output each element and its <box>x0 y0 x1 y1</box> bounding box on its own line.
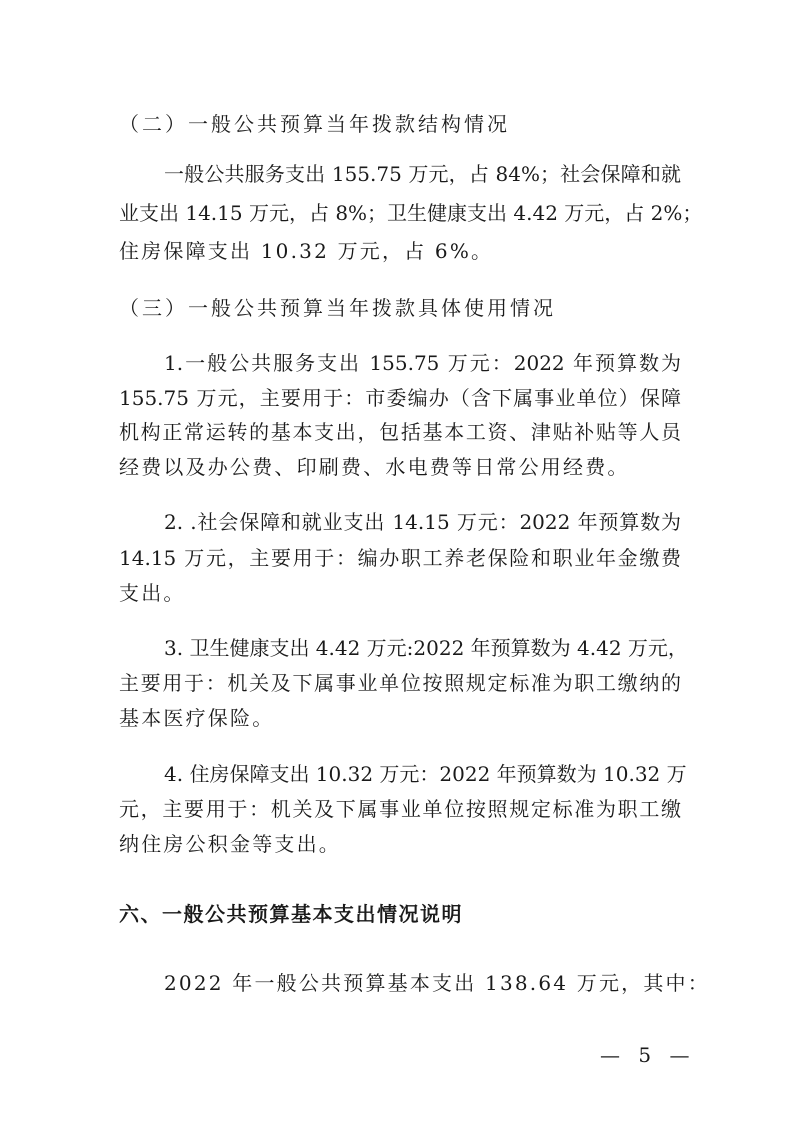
section-2-line-2: 业支出 14.15 万元，占 8%；卫生健康支出 4.42 万元，占 2%； <box>119 201 681 225</box>
item-2-line-1: 2. .社会保障和就业支出 14.15 万元：2022 年预算数为 <box>164 510 681 534</box>
section-2-line-3: 住房保障支出 10.32 万元，占 6%。 <box>119 239 493 263</box>
item-3-line-3: 基本医疗保险。 <box>119 706 274 730</box>
item-1-line-1: 1.一般公共服务支出 155.75 万元：2022 年预算数为 <box>164 351 681 375</box>
item-2-line-3: 支出。 <box>119 581 186 605</box>
item-3-line-1: 3. 卫生健康支出 4.42 万元:2022 年预算数为 4.42 万元， <box>164 636 681 660</box>
section-6-line-1: 2022 年一般公共预算基本支出 138.64 万元，其中： <box>164 971 710 995</box>
section-3-heading: （三）一般公共预算当年拨款具体使用情况 <box>119 296 556 320</box>
section-2-line-1: 一般公共服务支出 155.75 万元，占 84%；社会保障和就 <box>164 162 681 186</box>
item-1-line-3: 机构正常运转的基本支出，包括基本工资、津贴补贴等人员 <box>119 420 681 444</box>
item-4-line-3: 纳住房公积金等支出。 <box>119 832 341 856</box>
item-4-line-2: 元，主要用于：机关及下属事业单位按照规定标准为职工缴 <box>119 797 681 821</box>
item-1-line-2: 155.75 万元，主要用于：市委编办（含下属事业单位）保障 <box>119 386 681 410</box>
item-3-line-2: 主要用于：机关及下属事业单位按照规定标准为职工缴纳的 <box>119 671 681 695</box>
item-4-line-1: 4. 住房保障支出 10.32 万元：2022 年预算数为 10.32 万 <box>164 762 681 786</box>
item-1-line-4: 经费以及办公费、印刷费、水电费等日常公用经费。 <box>119 455 630 479</box>
section-6-heading: 六、一般公共预算基本支出情况说明 <box>119 902 463 926</box>
item-2-line-2: 14.15 万元，主要用于：编办职工养老保险和职业年金缴费 <box>119 546 681 570</box>
section-2-heading: （二）一般公共预算当年拨款结构情况 <box>119 112 510 136</box>
page-number: — 5 — <box>600 1043 695 1067</box>
